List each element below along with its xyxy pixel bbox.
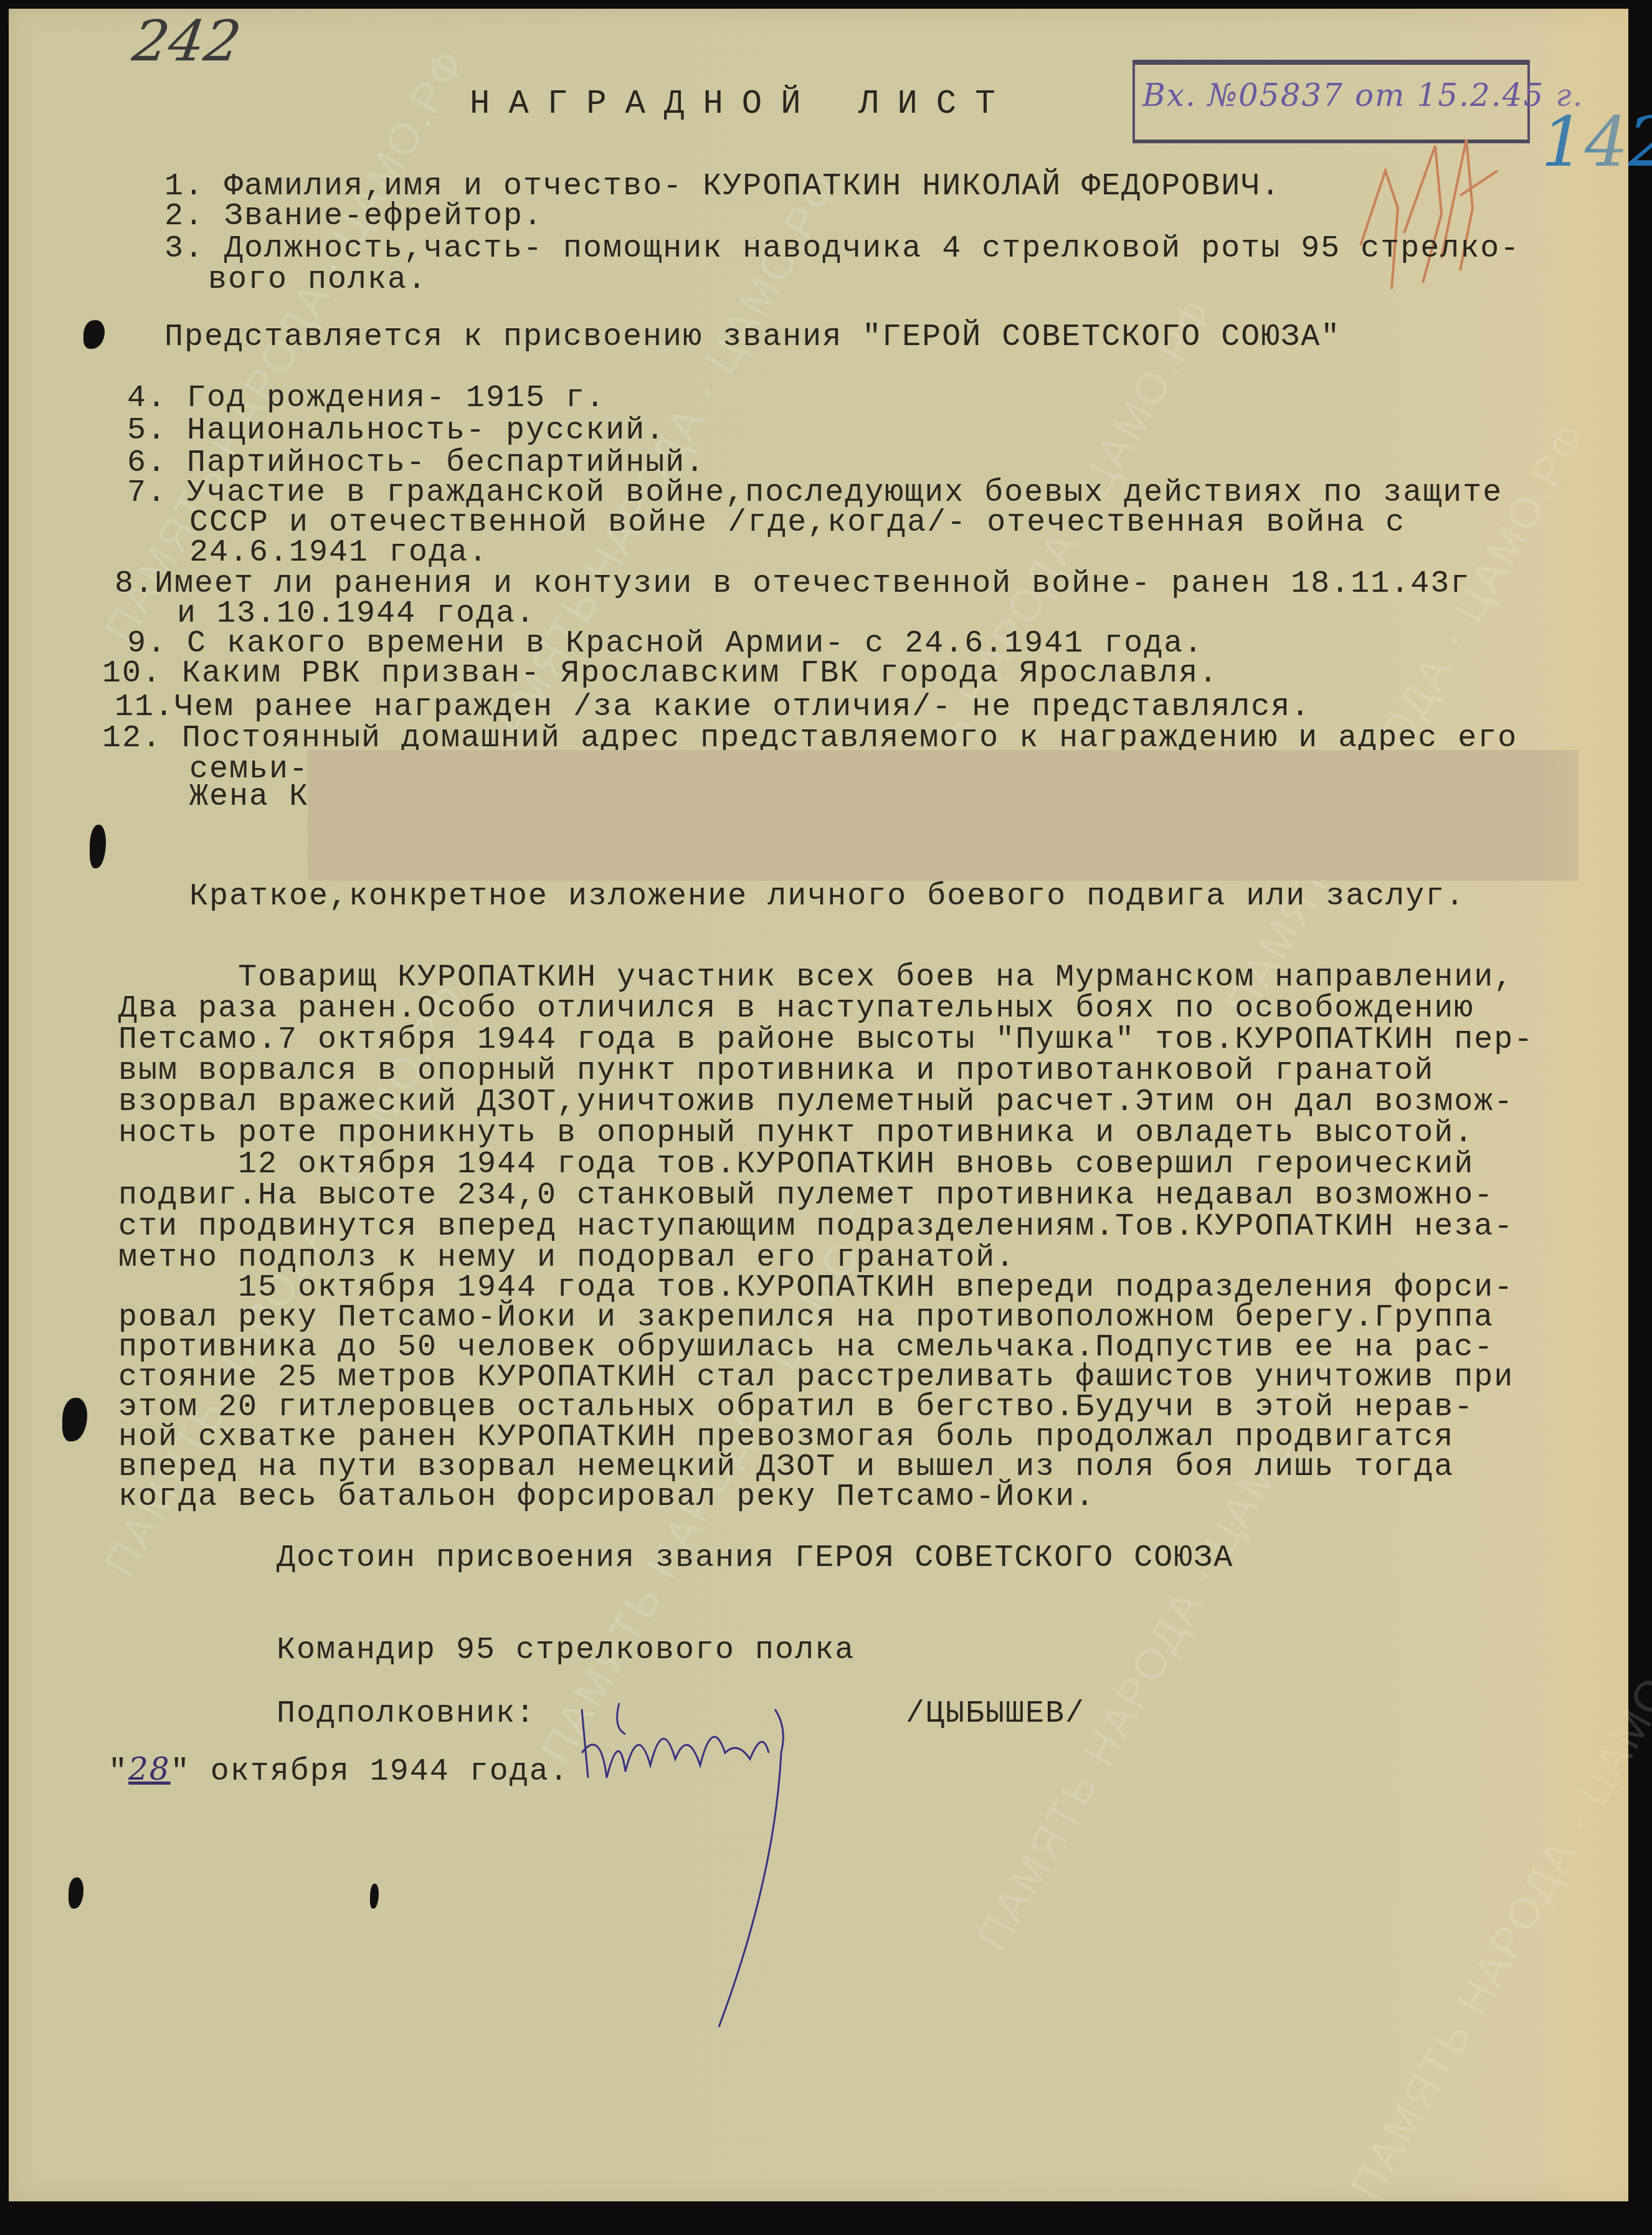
field-line: 11.Чем ранее награжден /за какие отличия…: [115, 691, 1311, 724]
field-text: вого полка.: [208, 262, 427, 298]
field-text: 24.6.1941 года.: [189, 535, 488, 571]
field-line: 5. Национальность- русский.: [127, 415, 665, 447]
narrative-line: вым ворвался в опорный пункт противника …: [118, 1055, 1434, 1088]
field-line: вого полка.: [208, 264, 427, 297]
narrative-line: взорвал вражеский ДЗОТ,уничтожив пулемет…: [118, 1086, 1514, 1119]
field-number: 3.: [164, 231, 204, 267]
narrative-line: когда весь батальон форсировал реку Петс…: [118, 1481, 1095, 1514]
nomination-line: Представляется к присвоению звания "ГЕРО…: [164, 321, 1341, 354]
field-number: 11.: [115, 690, 174, 725]
signature-date: "28" октября 1944 года.: [108, 1753, 569, 1788]
field-number: 8.: [115, 566, 154, 602]
red-pencil-mark-icon: [1348, 133, 1504, 295]
margin-ink-blot: [370, 1884, 379, 1909]
field-number: 7.: [127, 475, 167, 511]
field-line: 3. Должность,часть- помощник наводчика 4…: [164, 233, 1520, 265]
sheet-number: 142: [1541, 102, 1652, 182]
field-text: Национальность- русский.: [187, 413, 665, 448]
field-text: Должность,часть- помощник наводчика 4 ст…: [224, 231, 1520, 267]
field-number: 5.: [127, 413, 167, 448]
margin-ink-blot: [62, 1398, 87, 1441]
field-number: 2.: [164, 199, 204, 234]
date-day: 28: [128, 1751, 171, 1787]
narrative-line: ность роте проникнуть в опорный пункт пр…: [118, 1117, 1474, 1150]
field-text: Год рождения- 1915 г.: [187, 381, 605, 416]
signatory-rank: Подполковник:: [277, 1698, 536, 1730]
registration-stamp-text: Вх. №05837 от 15.2.45 г.: [1142, 77, 1583, 113]
signature-icon: [563, 1691, 875, 2039]
summary-heading: Краткое,конкретное изложение личного бое…: [189, 881, 1465, 913]
narrative-line: Петсамо.7 октября 1944 года в районе выс…: [118, 1024, 1534, 1056]
document-paper: ПАМЯТЬ НАРОДА · ЦАМО.РФ ПАМЯТЬ НАРОДА · …: [9, 9, 1628, 2201]
watermark: ПАМЯТЬ НАРОДА · ЦАМО.РФ: [1340, 1597, 1652, 2208]
archive-page-number: 242: [129, 9, 245, 74]
narrative-line: подвиг.На высоте 234,0 станковый пулемет…: [118, 1180, 1494, 1212]
redacted-address: [308, 750, 1578, 881]
date-rest: октября 1944 года.: [191, 1754, 569, 1790]
registration-stamp: Вх. №05837 от 15.2.45 г.: [1132, 60, 1530, 143]
margin-ink-blot: [90, 825, 106, 868]
margin-ink-blot: [83, 320, 105, 349]
field-text: Жена К: [189, 779, 309, 815]
field-line: Жена К: [189, 781, 309, 814]
field-text: Каким РВК призван- Ярославским ГВК город…: [182, 656, 1218, 691]
field-text: Звание-ефрейтор.: [224, 199, 543, 234]
field-number: 10.: [102, 656, 162, 691]
narrative-line: 12 октября 1944 года тов.КУРОПАТКИН внов…: [118, 1149, 1474, 1181]
signatory-name: /ЦЫБЫШЕВ/: [906, 1698, 1085, 1730]
document-title: НАГРАДНОЙ ЛИСТ: [470, 88, 1014, 121]
field-line: 10. Каким РВК призван- Ярославским ГВК г…: [102, 658, 1218, 690]
field-number: 4.: [127, 381, 167, 416]
field-text: Чем ранее награжден /за какие отличия/- …: [174, 690, 1311, 725]
margin-ink-blot: [69, 1877, 83, 1909]
field-number: 12.: [102, 721, 162, 756]
field-line: 24.6.1941 года.: [189, 537, 488, 569]
field-line: 4. Год рождения- 1915 г.: [127, 382, 605, 415]
conclusion-line: Достоин присвоения звания ГЕРОЯ СОВЕТСКО…: [277, 1542, 1233, 1575]
field-line: 2. Звание-ефрейтор.: [164, 201, 543, 233]
narrative-line: Товарищ КУРОПАТКИН участник всех боев на…: [118, 962, 1514, 994]
narrative-line: Два раза ранен.Особо отличился в наступа…: [118, 993, 1474, 1025]
signatory-position: Командир 95 стрелкового полка: [277, 1635, 855, 1667]
narrative-line: сти продвинутся вперед наступающим подра…: [118, 1211, 1514, 1243]
